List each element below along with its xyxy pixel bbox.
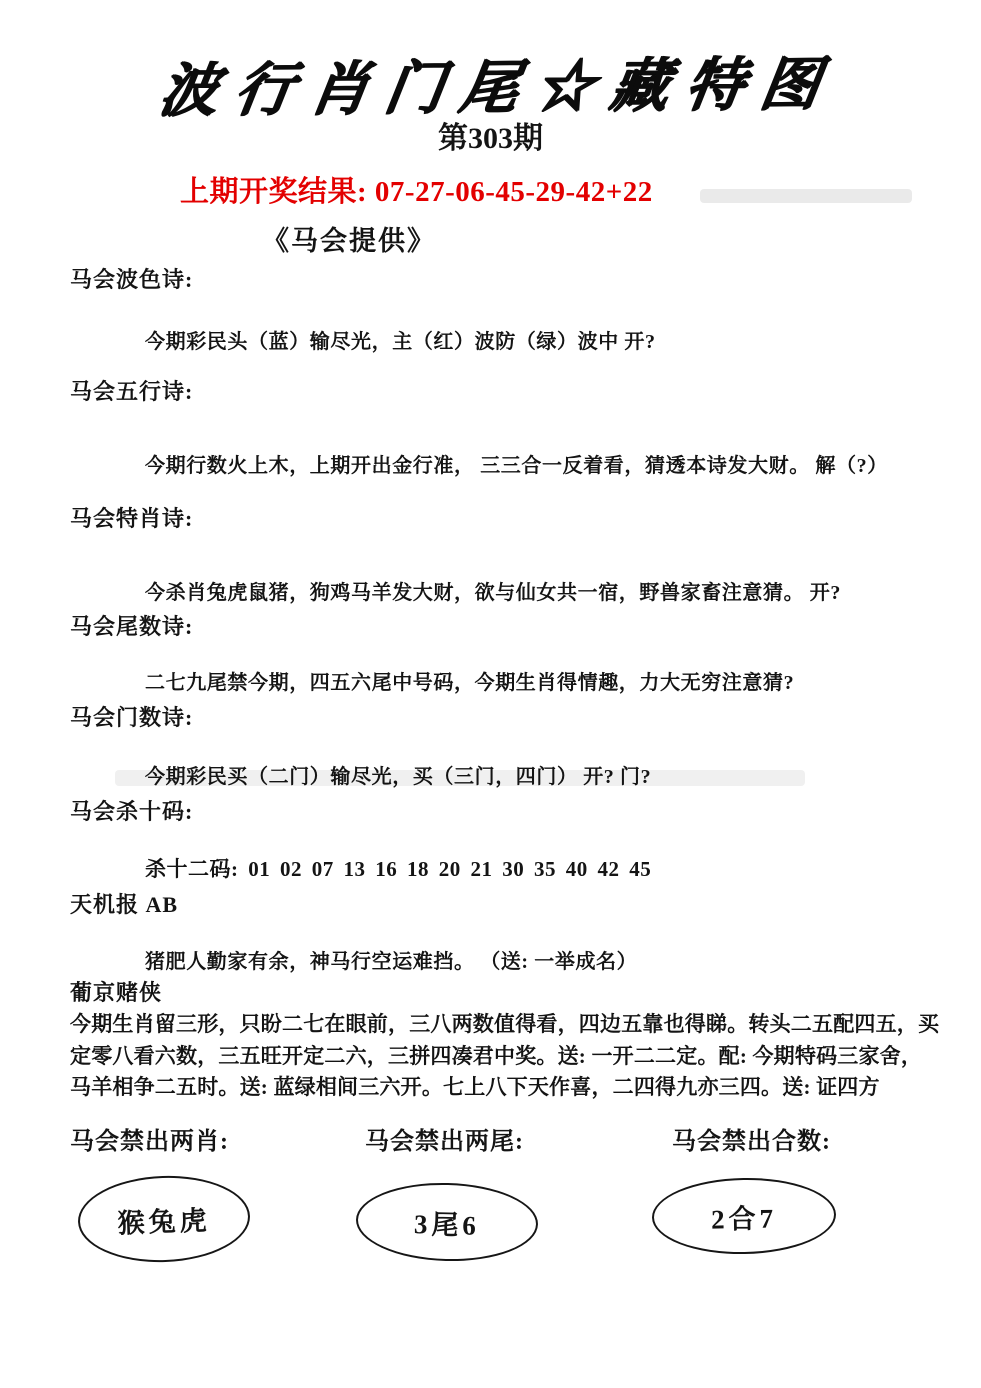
ban-oval-zodiac: 猴兔虎 — [77, 1173, 252, 1265]
ban-oval-sum: 2合7 — [651, 1176, 836, 1255]
kill-numbers-line: 杀十二码: 01 02 07 13 16 18 20 21 30 35 40 4… — [145, 853, 651, 883]
heading-tianjibao: 天机报 AB — [70, 888, 178, 919]
ban-value-sum: 2合7 — [711, 1196, 778, 1236]
provider-note: 《马会提供》 — [262, 219, 436, 258]
ban-label-sum: 马会禁出合数: — [672, 1121, 831, 1156]
heading-wuxing: 马会五行诗: — [70, 375, 193, 406]
issue-number: 第303期 — [0, 113, 981, 157]
heading-weishu: 马会尾数诗: — [70, 610, 193, 641]
pujing-line: 定零八看六数，三五旺开定二六，三拼四凑君中奖。送: 一开二二定。配: 今期特码三… — [70, 1040, 922, 1070]
ban-value-tails: 3尾6 — [414, 1202, 481, 1243]
ban-value-zodiac: 猴兔虎 — [117, 1198, 211, 1240]
heading-texiao: 马会特肖诗: — [70, 502, 193, 533]
heading-bose: 马会波色诗: — [70, 263, 193, 294]
last-draw-result: 上期开奖结果: 07-27-06-45-29-42+22 — [180, 169, 653, 210]
poem-tianjibao: 猪肥人勤家有余，神马行空运难挡。 （送: 一举成名） — [145, 945, 637, 974]
scan-smudge — [700, 189, 912, 203]
poem-wuxing: 今期行数火上木，上期开出金行准， 三三合一反着看，猜透本诗发大财。 解（?） — [145, 449, 888, 478]
heading-menshu: 马会门数诗: — [70, 701, 193, 732]
poem-weishu: 二七九尾禁今期，四五六尾中号码，今期生肖得情趣，力大无穷注意猜? — [145, 666, 794, 695]
pujing-line: 今期生肖留三形，只盼二七在眼前，三八两数值得看，四边五靠也得睇。转头二五配四五，… — [70, 1008, 939, 1038]
poem-bose: 今期彩民头（蓝）输尽光，主（红）波防（绿）波中 开? — [145, 325, 656, 354]
poem-menshu: 今期彩民买（二门）输尽光，买（三门，四门） 开? 门? — [145, 760, 651, 789]
ban-label-tails: 马会禁出两尾: — [365, 1121, 524, 1156]
poem-texiao: 今杀肖兔虎鼠猪，狗鸡马羊发大财，欲与仙女共一宿，野兽家畜注意猜。 开? — [145, 576, 841, 605]
ban-label-zodiac: 马会禁出两肖: — [70, 1121, 229, 1156]
ban-oval-tails: 3尾6 — [355, 1181, 539, 1264]
pujing-line: 马羊相争二五时。送: 蓝绿相间三六开。七上八下天作喜，二四得九亦三四。送: 证四… — [70, 1071, 880, 1101]
heading-pujing: 葡京赌侠 — [70, 976, 162, 1007]
heading-shashima: 马会杀十码: — [70, 795, 193, 826]
lottery-tip-sheet: 波行肖门尾☆藏特图 第303期 上期开奖结果: 07-27-06-45-29-4… — [0, 0, 981, 1388]
